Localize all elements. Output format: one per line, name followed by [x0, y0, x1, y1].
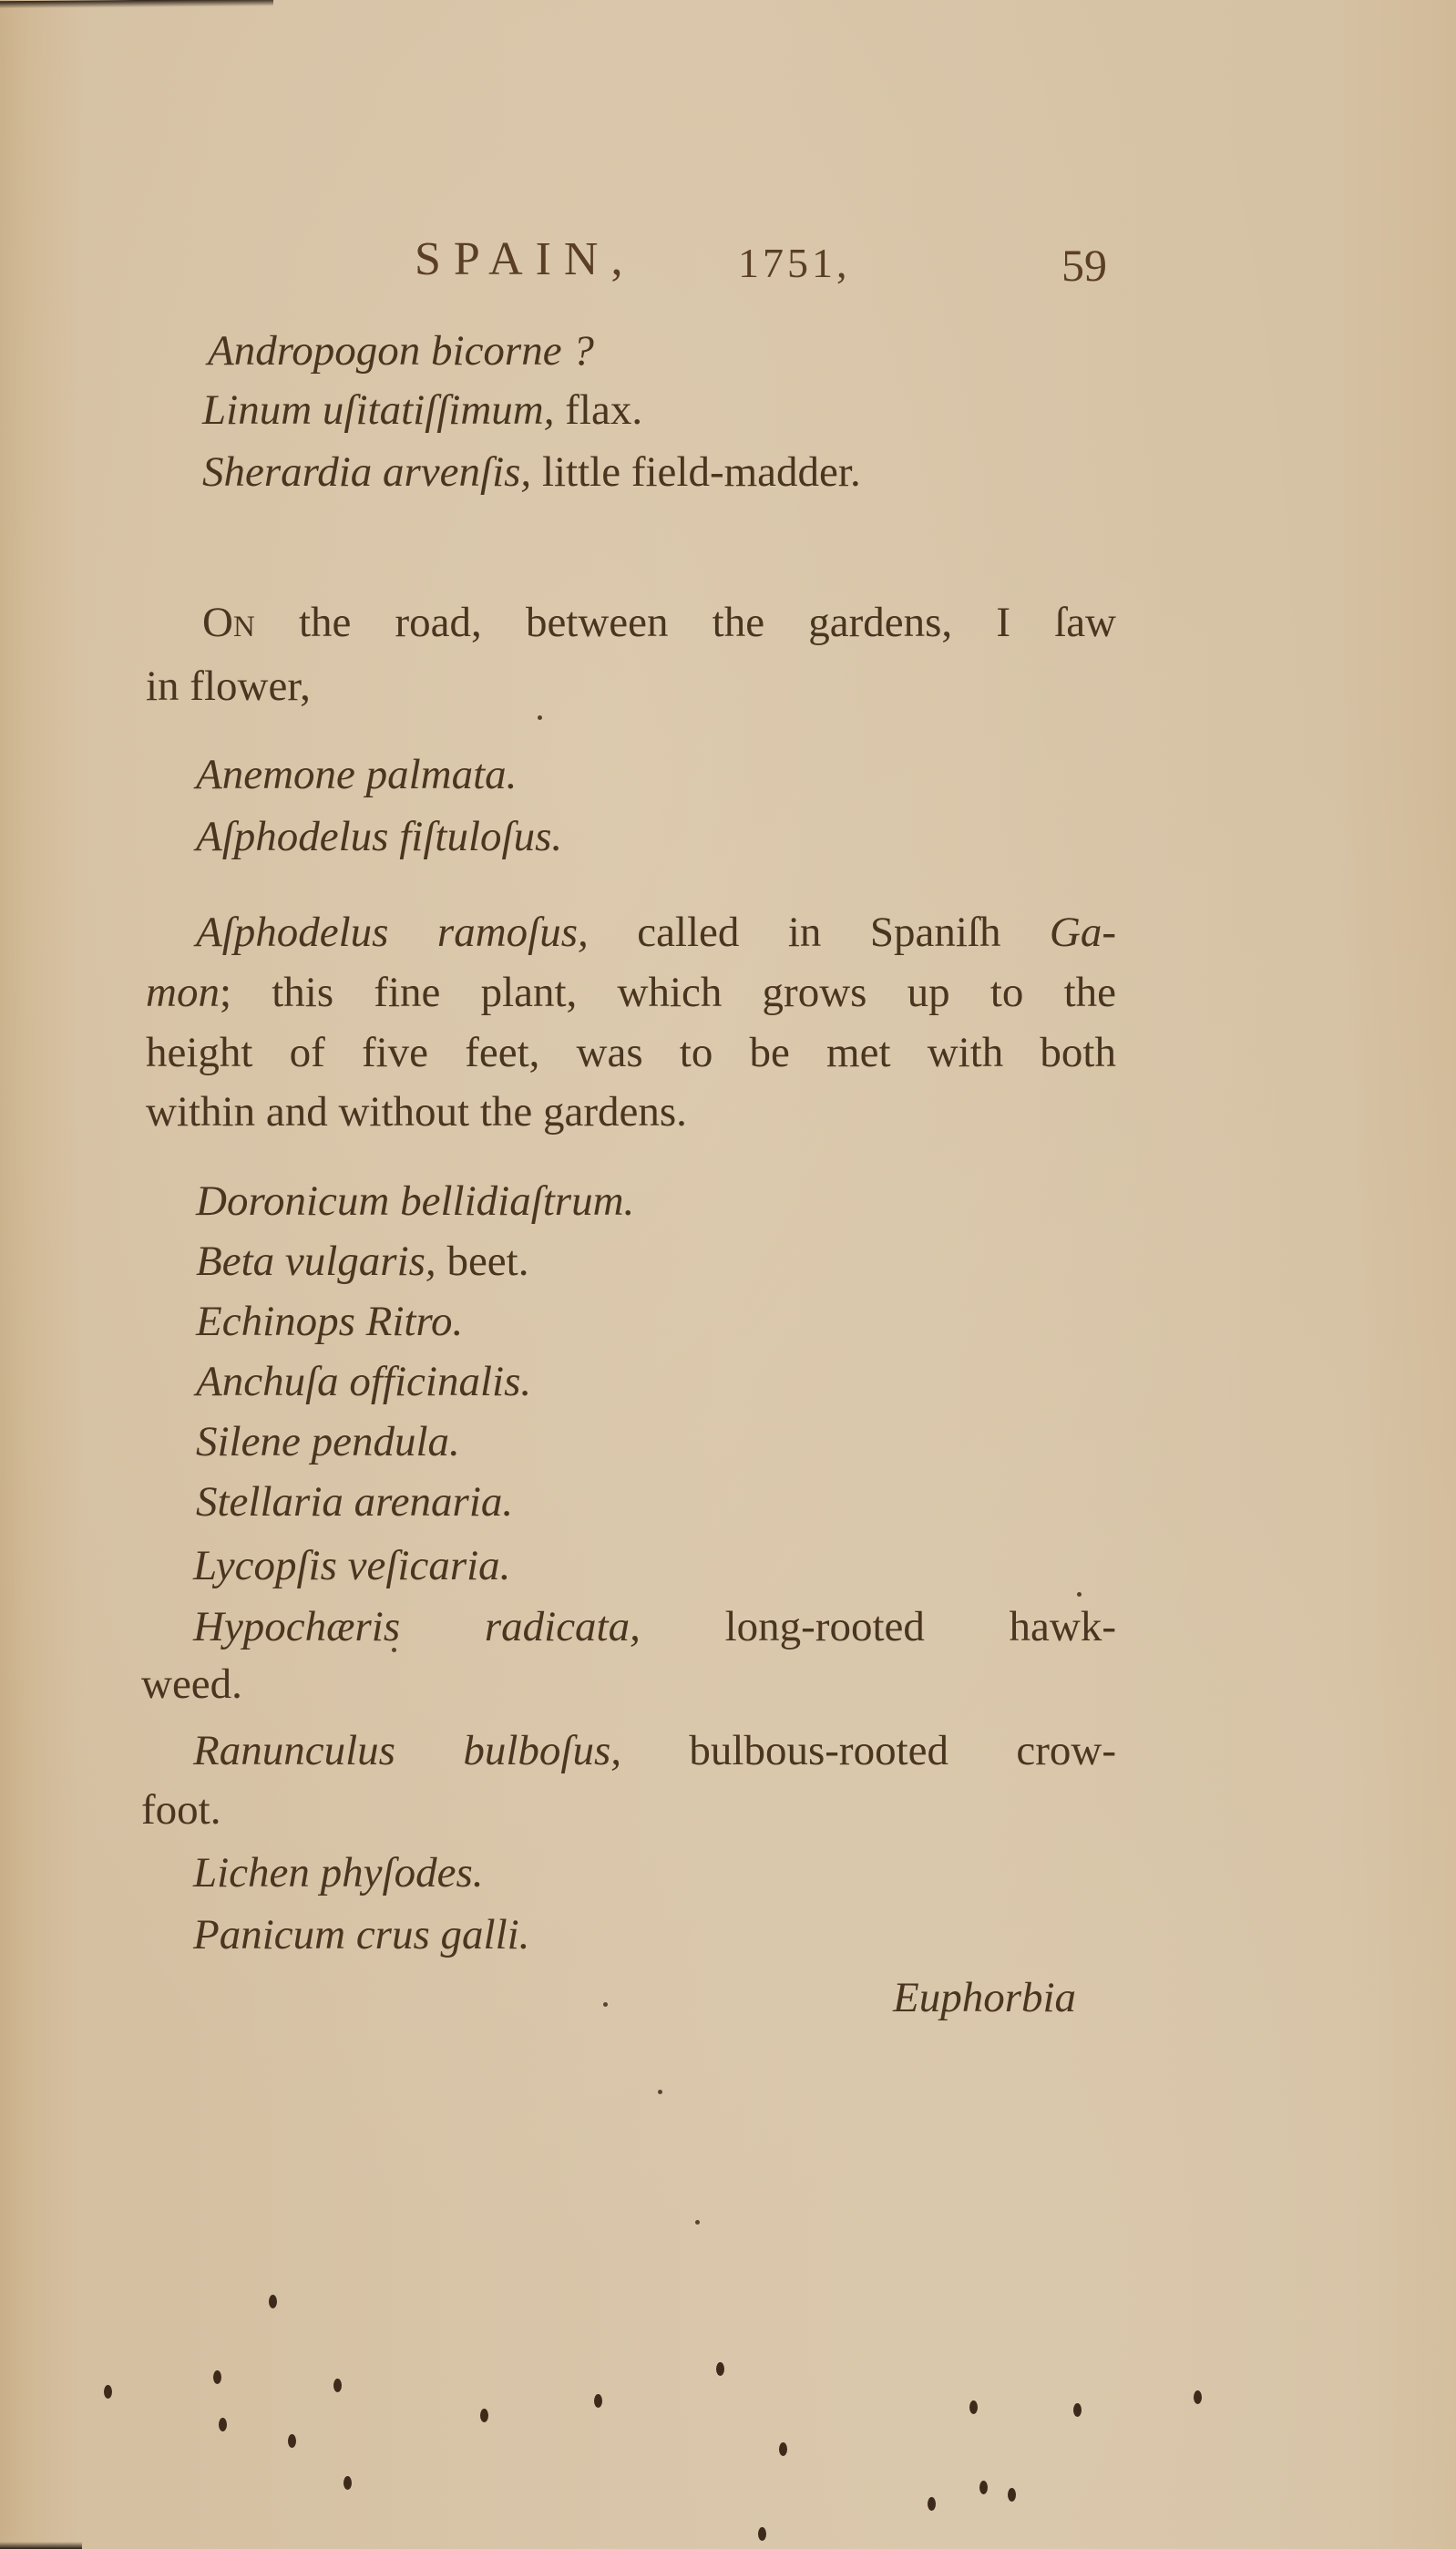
paper-speck: [1077, 1592, 1082, 1597]
wormhole: [758, 2527, 766, 2541]
plant-entry-continuation: foot.: [141, 1783, 220, 1837]
latin-name: Andropogon bicorne ?: [208, 327, 594, 375]
page-number: 59: [1061, 239, 1107, 292]
spanish-name: Ga-: [1050, 909, 1116, 956]
wormhole: [1008, 2488, 1016, 2502]
latin-name: Sherardia arvenſis,: [202, 448, 531, 496]
common-name: bulbous-rooted crow-: [689, 1727, 1116, 1774]
plant-entry: Hypochæris radicata, long-rooted hawk-: [193, 1597, 1116, 1657]
wormhole: [1194, 2390, 1202, 2404]
paper-speck: [392, 1648, 396, 1652]
latin-name: Echinops Ritro.: [196, 1298, 463, 1345]
latin-name: Anchuſa officinalis.: [196, 1358, 531, 1405]
plant-entry: Panicum crus galli.: [193, 1907, 529, 1962]
latin-name: Stellaria arenaria.: [196, 1478, 513, 1526]
paragraph-text: ; this fine plant, which grows up to the: [220, 969, 1116, 1016]
plant-entry: Lichen phyſodes.: [193, 1845, 484, 1900]
book-page: SPAIN, 1751, 59 Andropogon bicorne ? Lin…: [0, 0, 1456, 2549]
plant-entry: Anchuſa officinalis.: [196, 1354, 531, 1409]
wormhole: [213, 2370, 221, 2384]
plant-entry: Echinops Ritro.: [196, 1294, 463, 1349]
common-name: little field-madder.: [531, 448, 861, 496]
plant-entry: Beta vulgaris, beet.: [196, 1234, 528, 1289]
paper-speck: [658, 2090, 662, 2094]
wormhole: [1073, 2403, 1082, 2417]
paragraph-line: within and without the gardens.: [146, 1084, 687, 1139]
plant-entry: Silene pendula.: [196, 1414, 460, 1469]
plant-entry: Linum uſitatiſſimum, flax.: [202, 383, 642, 437]
latin-name: Hypochæris radicata,: [193, 1603, 641, 1650]
running-title: SPAIN,: [415, 232, 636, 286]
wormhole: [480, 2409, 488, 2422]
common-name: beet.: [436, 1238, 529, 1285]
wormhole: [219, 2418, 227, 2431]
wormhole: [288, 2434, 296, 2448]
common-name: flax.: [555, 386, 643, 434]
latin-name: Beta vulgaris,: [196, 1238, 436, 1285]
paragraph-line: in flower,: [146, 659, 311, 714]
latin-name: Lycopſis veſicaria.: [193, 1542, 510, 1589]
plant-entry: Andropogon bicorne ?: [208, 324, 594, 378]
plant-entry: Aſphodelus fiſtuloſus.: [196, 809, 562, 864]
paper-speck: [695, 2220, 700, 2225]
latin-name: Doronicum bellidiaſtrum.: [196, 1177, 634, 1225]
paragraph-line: height of five feet, was to be met with …: [146, 1023, 1116, 1083]
wormhole: [104, 2385, 112, 2399]
wormhole: [779, 2442, 787, 2456]
wormhole: [594, 2394, 602, 2408]
page-top-shadow: [0, 0, 273, 8]
spanish-name: mon: [146, 969, 220, 1016]
latin-name: Aſphodelus ramoſus,: [196, 909, 589, 956]
wormhole: [969, 2400, 978, 2414]
paragraph-text: the road, between the gardens, I ſaw: [255, 599, 1116, 646]
plant-entry: Sherardia arvenſis, little field-madder.: [202, 445, 861, 499]
common-name: long-rooted hawk-: [725, 1603, 1116, 1650]
latin-name: Ranunculus bulboſus,: [193, 1727, 621, 1774]
wormhole: [716, 2362, 724, 2376]
plant-entry-continuation: weed.: [141, 1657, 242, 1711]
paragraph-line: Aſphodelus ramoſus, called in Spaniſh Ga…: [196, 902, 1116, 962]
plant-entry: Lycopſis veſicaria.: [193, 1538, 510, 1593]
latin-name: Silene pendula.: [196, 1418, 460, 1465]
paragraph-line: mon; this fine plant, which grows up to …: [146, 962, 1116, 1023]
wormhole: [979, 2481, 988, 2494]
plant-entry: Doronicum bellidiaſtrum.: [196, 1174, 634, 1228]
wormhole: [269, 2295, 277, 2308]
plant-entry: Stellaria arenaria.: [196, 1475, 513, 1529]
running-year: 1751,: [738, 239, 851, 287]
paper-speck: [603, 2002, 608, 2007]
page-bottom-shadow: [0, 2542, 82, 2549]
wormhole: [343, 2476, 352, 2490]
plant-entry: Anemone palmata.: [196, 747, 517, 802]
wormhole: [928, 2497, 936, 2511]
wormhole: [333, 2379, 342, 2392]
paragraph-text: in flower,: [146, 663, 311, 710]
paragraph-line: On the road, between the gardens, I ſaw: [202, 592, 1116, 653]
paragraph-text: called in Spaniſh: [589, 909, 1050, 956]
paper-speck: [538, 715, 542, 720]
paragraph-lead: On: [202, 599, 255, 646]
catchword: Euphorbia: [893, 1973, 1076, 2022]
latin-name: Linum uſitatiſſimum,: [202, 386, 555, 434]
plant-entry: Ranunculus bulboſus, bulbous-rooted crow…: [193, 1721, 1116, 1781]
